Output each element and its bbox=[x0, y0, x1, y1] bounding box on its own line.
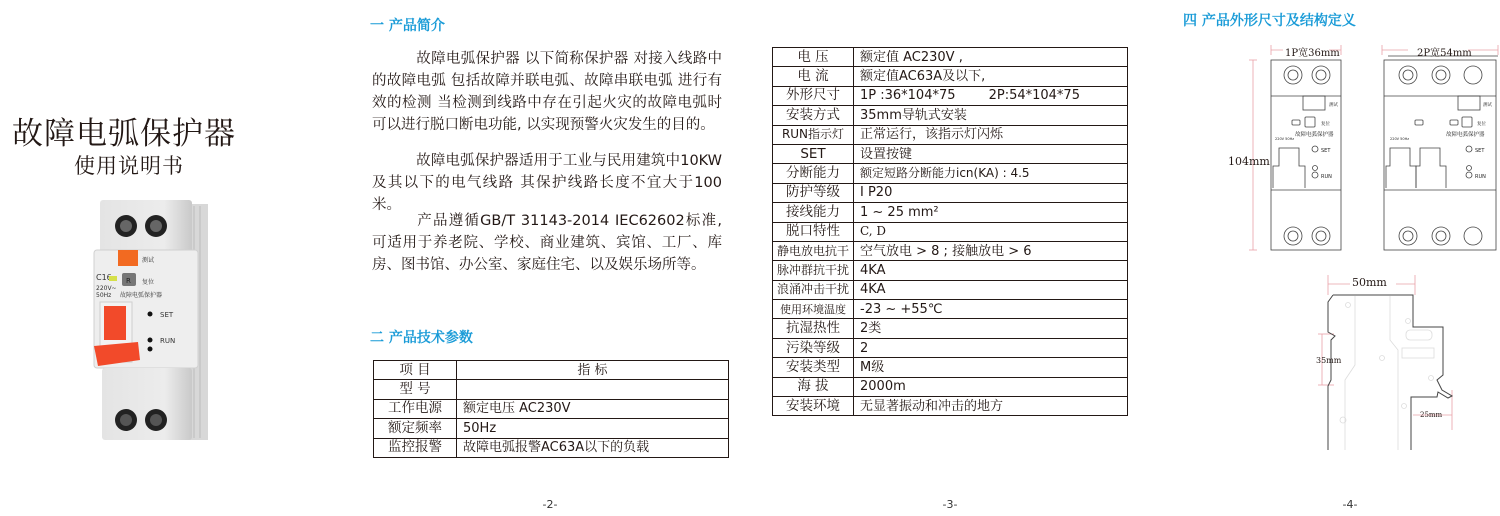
table-row: 额定频率 50Hz bbox=[374, 419, 729, 438]
svg-text:50Hz: 50Hz bbox=[96, 292, 111, 299]
svg-text:复位: 复位 bbox=[1477, 120, 1486, 127]
table-row: 浪涌冲击干扰4KA bbox=[773, 280, 1128, 299]
svg-text:SET: SET bbox=[1475, 148, 1485, 154]
table-row: 接线能力1 ~ 25 mm² bbox=[773, 203, 1128, 222]
svg-text:故障电弧保护器: 故障电弧保护器 bbox=[1295, 130, 1334, 138]
page-number-2: -2- bbox=[530, 498, 570, 511]
table-row: 静电放电抗干空气放电 > 8 ; 接触放电 > 6 bbox=[773, 241, 1128, 260]
section-heading-dimensions: 四 产品外形尺寸及结构定义 bbox=[1183, 10, 1356, 30]
intro-paragraph-2: 故障电弧保护器适用于工业与民用建筑中10KW及其以下的电气线路 其保护线路长度不… bbox=[372, 150, 722, 216]
table-row: 型 号 bbox=[374, 380, 729, 399]
spec-table: 电 压额定值 AC230V , 电 流额定值AC63A及以下, 外形尺寸1P :… bbox=[772, 47, 1128, 416]
cover-page: 故障电弧保护器 使用说明书 测试 C16 R 复位 220V~ 50Hz 故障电… bbox=[0, 0, 340, 516]
depth-50mm-label: 50mm bbox=[1352, 276, 1387, 289]
table-row: 电 压额定值 AC230V , bbox=[773, 48, 1128, 67]
svg-text:测试: 测试 bbox=[1483, 101, 1492, 108]
offset-25mm-label: 25mm bbox=[1420, 411, 1442, 419]
svg-text:220V 50Hz: 220V 50Hz bbox=[1275, 137, 1294, 141]
table-row: 工作电源 额定电压 AC230V bbox=[374, 399, 729, 418]
table-row: 使用环境温度-23 ~ +55℃ bbox=[773, 300, 1128, 319]
svg-text:R: R bbox=[126, 277, 131, 285]
height-104mm-label: 104mm bbox=[1228, 155, 1270, 168]
intro-paragraph-3: 产品遵循GB/T 31143-2014 IEC62602标准,可适用于养老院、学… bbox=[372, 210, 722, 276]
svg-text:测试: 测试 bbox=[1329, 101, 1338, 108]
page-number-4: -4- bbox=[1330, 498, 1370, 511]
svg-text:复位: 复位 bbox=[1321, 120, 1330, 127]
section-heading-tech-params: 二 产品技术参数 bbox=[370, 327, 473, 347]
svg-text:SET: SET bbox=[1321, 148, 1331, 154]
breaker-product-image: 测试 C16 R 复位 220V~ 50Hz 故障电弧保护器 SET RUN bbox=[90, 198, 215, 443]
header-indicator: 指 标 bbox=[457, 361, 729, 380]
page-number-3: -3- bbox=[930, 498, 970, 511]
table-row: 分断能力额定短路分断能力icn(KA) : 4.5 bbox=[773, 164, 1128, 183]
diagram-2p-front: 测试 复位 故障电弧保护器 220V 50Hz SET RUN bbox=[1380, 40, 1500, 260]
cover-title: 故障电弧保护器 bbox=[12, 108, 236, 153]
svg-text:RUN: RUN bbox=[160, 337, 175, 345]
intro-paragraph-1: 故障电弧保护器 以下简称保护器 对接入线路中的故障电弧 包括故障并联电弧、故障串… bbox=[372, 48, 722, 136]
table-header-row: 项 目 指 标 bbox=[374, 361, 729, 380]
svg-text:复位: 复位 bbox=[142, 278, 154, 286]
svg-text:220V~: 220V~ bbox=[96, 285, 117, 292]
table-row: 外形尺寸1P :36*104*75 2P:54*104*75 bbox=[773, 86, 1128, 105]
table-row: SET设置按键 bbox=[773, 144, 1128, 163]
table-row: 防护等级I P20 bbox=[773, 183, 1128, 202]
table-row: 电 流额定值AC63A及以下, bbox=[773, 67, 1128, 86]
section-heading-intro: 一 产品简介 bbox=[370, 15, 445, 35]
table-row: 安装环境无显著振动和冲击的地方 bbox=[773, 397, 1128, 416]
svg-text:故障电弧保护器: 故障电弧保护器 bbox=[120, 291, 162, 299]
tech-params-table: 项 目 指 标 型 号 工作电源 额定电压 AC230V 额定频率 50Hz 监… bbox=[373, 360, 729, 458]
table-row: 安装类型M级 bbox=[773, 358, 1128, 377]
table-row: 海 拔2000m bbox=[773, 377, 1128, 396]
table-row: 安装方式35mm导轨式安装 bbox=[773, 106, 1128, 125]
svg-text:测试: 测试 bbox=[142, 256, 154, 264]
table-row: 监控报警 故障电弧报警AC63A以下的负载 bbox=[374, 438, 729, 457]
table-row: 污染等级2 bbox=[773, 338, 1128, 357]
diagram-1p-front: 测试 复位 故障电弧保护器 220V 50Hz SET RUN bbox=[1225, 40, 1350, 260]
cover-subtitle: 使用说明书 bbox=[74, 150, 184, 180]
svg-text:220V 50Hz: 220V 50Hz bbox=[1390, 137, 1409, 141]
table-row: 抗湿热性2类 bbox=[773, 319, 1128, 338]
table-row: 脉冲群抗干扰4KA bbox=[773, 261, 1128, 280]
svg-text:故障电弧保护器: 故障电弧保护器 bbox=[1446, 130, 1485, 138]
svg-text:SET: SET bbox=[160, 311, 174, 319]
svg-text:RUN: RUN bbox=[1475, 174, 1486, 180]
table-row: 脱口特性C, D bbox=[773, 222, 1128, 241]
table-row: RUN指示灯正常运行，该指示灯闪烁 bbox=[773, 125, 1128, 144]
svg-text:RUN: RUN bbox=[1321, 174, 1332, 180]
width-2p-label: 2P宽54mm bbox=[1417, 44, 1472, 59]
width-1p-label: 1P宽36mm bbox=[1285, 44, 1340, 59]
rail-35mm-label: 35mm bbox=[1316, 356, 1341, 365]
header-item: 项 目 bbox=[374, 361, 457, 380]
